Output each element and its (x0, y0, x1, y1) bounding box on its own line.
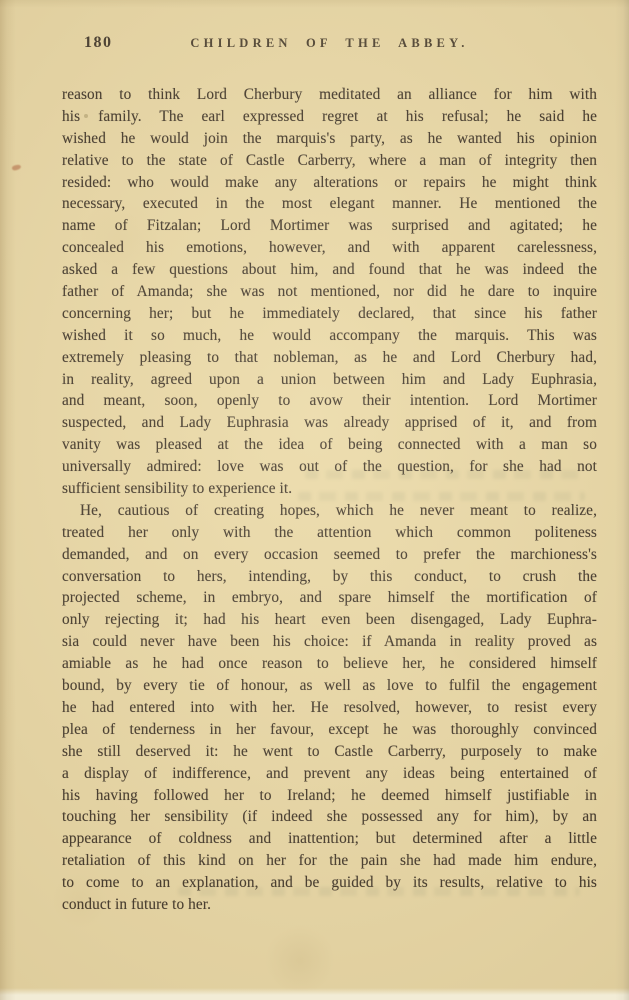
text-line-p1-2: his family. The earl expressed regret at… (62, 106, 597, 128)
text-line-p2-3: demanded, and on every occasion seemed t… (62, 544, 597, 566)
book-page: 180 CHILDREN OF THE ABBEY. reason to thi… (0, 0, 629, 1000)
bleedthrough-ghost-text (298, 492, 585, 501)
text-line-p2-17: retaliation of this kind on her for the … (62, 850, 597, 872)
text-line-p2-16: appearance of coldness and inattention; … (62, 828, 597, 850)
text-line-p2-10: he had entered into with her. He resolve… (62, 697, 597, 719)
running-title: CHILDREN OF THE ABBEY. (62, 36, 597, 51)
text-line-p2-8: amiable as he had once reason to believe… (62, 653, 597, 675)
text-line-p1-4: relative to the state of Castle Carberry… (62, 150, 597, 172)
text-line-p2-6: only rejecting it; had his heart even be… (62, 609, 597, 631)
text-line-p1-16: suspected, and Lady Euphrasia was alread… (62, 412, 597, 434)
text-line-p2-14: his having followed her to Ireland; he d… (62, 785, 597, 807)
page-header: 180 CHILDREN OF THE ABBEY. (62, 34, 597, 56)
text-line-p1-7: name of Fitzalan; Lord Mortimer was surp… (62, 215, 597, 237)
red-ink-mark (11, 164, 21, 172)
text-line-p2-7: sia could never have been his choice: if… (62, 631, 597, 653)
text-line-p1-1: reason to think Lord Cherbury meditated … (62, 84, 597, 106)
text-line-p1-13: extremely pleasing to that nobleman, as … (62, 347, 597, 369)
bleedthrough-ghost-text (178, 887, 580, 896)
text-line-p1-12: wished it so much, he would accompany th… (62, 325, 597, 347)
bleedthrough-ghost-text (305, 470, 585, 479)
text-line-p1-6: necessary, executed in the most elegant … (62, 193, 597, 215)
text-line-p2-1: He, cautious of creating hopes, which he… (62, 500, 597, 522)
text-line-p1-14: in reality, agreed upon a union between … (62, 369, 597, 391)
text-line-p2-2: treated her only with the attention whic… (62, 522, 597, 544)
text-line-p2-5: projected scheme, in embryo, and spare h… (62, 587, 597, 609)
paper-speck (84, 114, 88, 118)
text-line-p1-9: asked a few questions about him, and fou… (62, 259, 597, 281)
text-line-p1-11: concerning her; but he immediately decla… (62, 303, 597, 325)
text-line-p1-3: wished he would join the marquis's party… (62, 128, 597, 150)
text-line-p2-15: touching her sensibility (if indeed she … (62, 806, 597, 828)
text-line-p1-10: father of Amanda; she was not mentioned,… (62, 281, 597, 303)
text-line-p1-5: resided: who would make any alterations … (62, 172, 597, 194)
text-line-p2-11: plea of tenderness in her favour, except… (62, 719, 597, 741)
text-line-p2-9: bound, by every tie of honour, as well a… (62, 675, 597, 697)
text-line-p2-13: a display of indifference, and prevent a… (62, 763, 597, 785)
text-line-p1-15: and meant, soon, openly to avow their in… (62, 390, 597, 412)
text-line-p2-19: conduct in future to her. (62, 894, 597, 916)
text-line-p1-17: vanity was pleased at the idea of being … (62, 434, 597, 456)
text-line-p2-4: conversation to hers, intending, by this… (62, 566, 597, 588)
text-line-p1-8: concealed his emotions, however, and wit… (62, 237, 597, 259)
text-line-p2-12: she still deserved it: he went to Castle… (62, 741, 597, 763)
